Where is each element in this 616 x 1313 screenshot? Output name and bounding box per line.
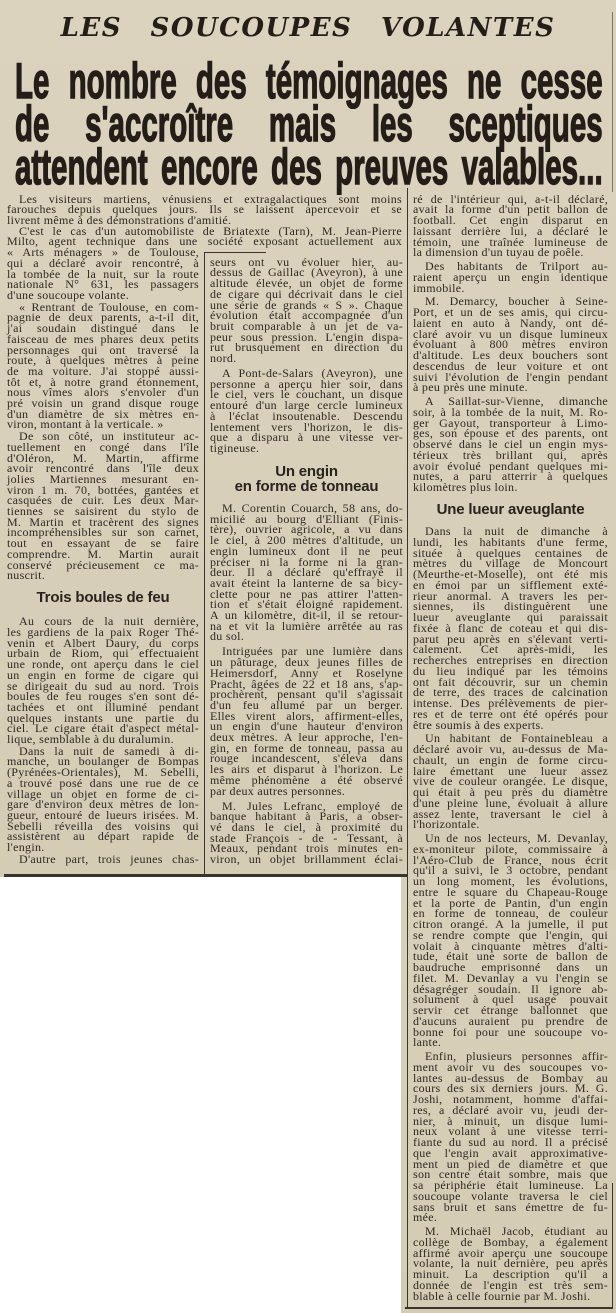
paragraph: Enfin, plusieurs personnes affir-ment av… — [413, 1051, 608, 1223]
text-line: par deux autres personnes. — [210, 786, 403, 797]
section-subheading: Une lueur aveuglante — [413, 501, 608, 519]
paragraph: « Arts ménagers » de Toulouse,qui a décl… — [7, 247, 199, 301]
text-line: bonne foi pour une soucoupe vo- — [413, 1027, 608, 1038]
page-edge-rule — [612, 12, 613, 192]
paragraph: M. Corentin Couarch, 58 ans, do-micilié … — [210, 503, 403, 642]
paragraph: Des habitants de Trilport au-raient aper… — [413, 261, 608, 293]
paragraph: « Rentrant de Toulouse, en com-pagnie de… — [7, 302, 199, 430]
paragraph: M. Demarcy, boucher à Seine-Port, et un … — [413, 296, 608, 393]
paragraph: ré de l'intérieur qui, a-t-il déclaré,av… — [413, 194, 608, 259]
column-divider-right — [407, 188, 408, 1309]
paragraph: Au cours de la nuit dernière,les gardien… — [7, 616, 199, 744]
text-line: tigineuse. — [210, 443, 403, 454]
text-line: sans bruit et sans émettre de fu- — [413, 1202, 608, 1213]
text-line: mée. — [413, 1212, 608, 1223]
paragraph: Un habitant de Fontainebleau adéclaré av… — [413, 733, 608, 830]
paragraph: A Saillat-sur-Vienne, dimanchesoir, à la… — [413, 396, 608, 493]
article-intro: Les visiteurs martiens, vénusiens et ext… — [7, 194, 402, 248]
column-right: ré de l'intérieur qui, a-t-il déclaré,av… — [413, 194, 608, 1302]
text-line: être soumis à des experts. — [413, 720, 608, 731]
subheading-line: Un engin — [210, 464, 403, 479]
section-subheading: Trois boules de feu — [7, 589, 199, 607]
subheading-line: Une lueur aveuglante — [413, 501, 608, 519]
text-line: kilomètres plus loin. — [413, 482, 608, 493]
strip-right-border — [612, 1183, 613, 1309]
paragraph: M. Michaël Jacob, étudiant aucollège de … — [413, 1226, 608, 1301]
text-line: nuscrit. — [7, 570, 199, 581]
subheading-line: Trois boules de feu — [7, 589, 199, 607]
column-middle: seurs ont vu évoluer hier, au-dessus de … — [210, 257, 403, 865]
subheading-line: en forme de tonneau — [210, 479, 403, 494]
strip-bottom-rule — [405, 1307, 613, 1309]
column-divider-left — [204, 252, 205, 875]
paragraph: Un de nos lecteurs, M. Devanlay,ex-monit… — [413, 833, 608, 1048]
section-subheading: Un enginen forme de tonneau — [210, 464, 403, 494]
column-left: « Arts ménagers » de Toulouse,qui a décl… — [7, 247, 199, 864]
column-bottom-rule — [4, 874, 407, 877]
article-kicker: LES SOUCOUPES VOLANTES — [0, 13, 616, 43]
paragraph: C'est le cas d'un automobiliste de Briat… — [7, 226, 402, 247]
text-line: D'autre part, trois jeunes chas- — [7, 854, 199, 865]
paragraph: Intriguées par une lumière dansun pâtura… — [210, 646, 403, 796]
text-line: nord. — [210, 353, 403, 364]
text-line: blable à celle fournie par M. Joshi. — [413, 1291, 608, 1302]
column-top-rule — [204, 252, 266, 253]
headline-line-3: attendent encore des preuves valables... — [15, 146, 603, 189]
text-line: l'horizontale. — [413, 819, 608, 830]
paragraph: Dans la nuit de dimanche àlundi, les hab… — [413, 526, 608, 730]
article-headline: Le nombre des témoignages ne cesse de s'… — [15, 60, 603, 189]
text-line: immobile. — [413, 283, 608, 294]
paragraph: D'autre part, trois jeunes chas- — [7, 854, 199, 865]
paragraph: De son côté, un instituteur ac-tuellemen… — [7, 431, 199, 581]
text-line: la dimension d'un tuyau de poêle. — [413, 247, 608, 258]
text-line: lante. — [413, 1037, 608, 1048]
paragraph: seurs ont vu évoluer hier, au-dessus de … — [210, 257, 403, 364]
paragraph: Dans la nuit de samedi à di-manche, un b… — [7, 746, 199, 853]
paragraph: A Pont-de-Salars (Aveyron), unepersonne … — [210, 368, 403, 454]
paragraph: Les visiteurs martiens, vénusiens et ext… — [7, 194, 402, 226]
text-line: à peu près une minute. — [413, 382, 608, 393]
text-line: du sol. — [210, 631, 403, 642]
paragraph: M. Jules Lefranc, employé debanque habit… — [210, 801, 403, 865]
text-line: viron, un objet brillamment éclai- — [210, 854, 403, 865]
headline-text: attendent encore des preuves valables... — [15, 146, 603, 189]
text-line: rut brusquement en direction du — [210, 342, 403, 353]
